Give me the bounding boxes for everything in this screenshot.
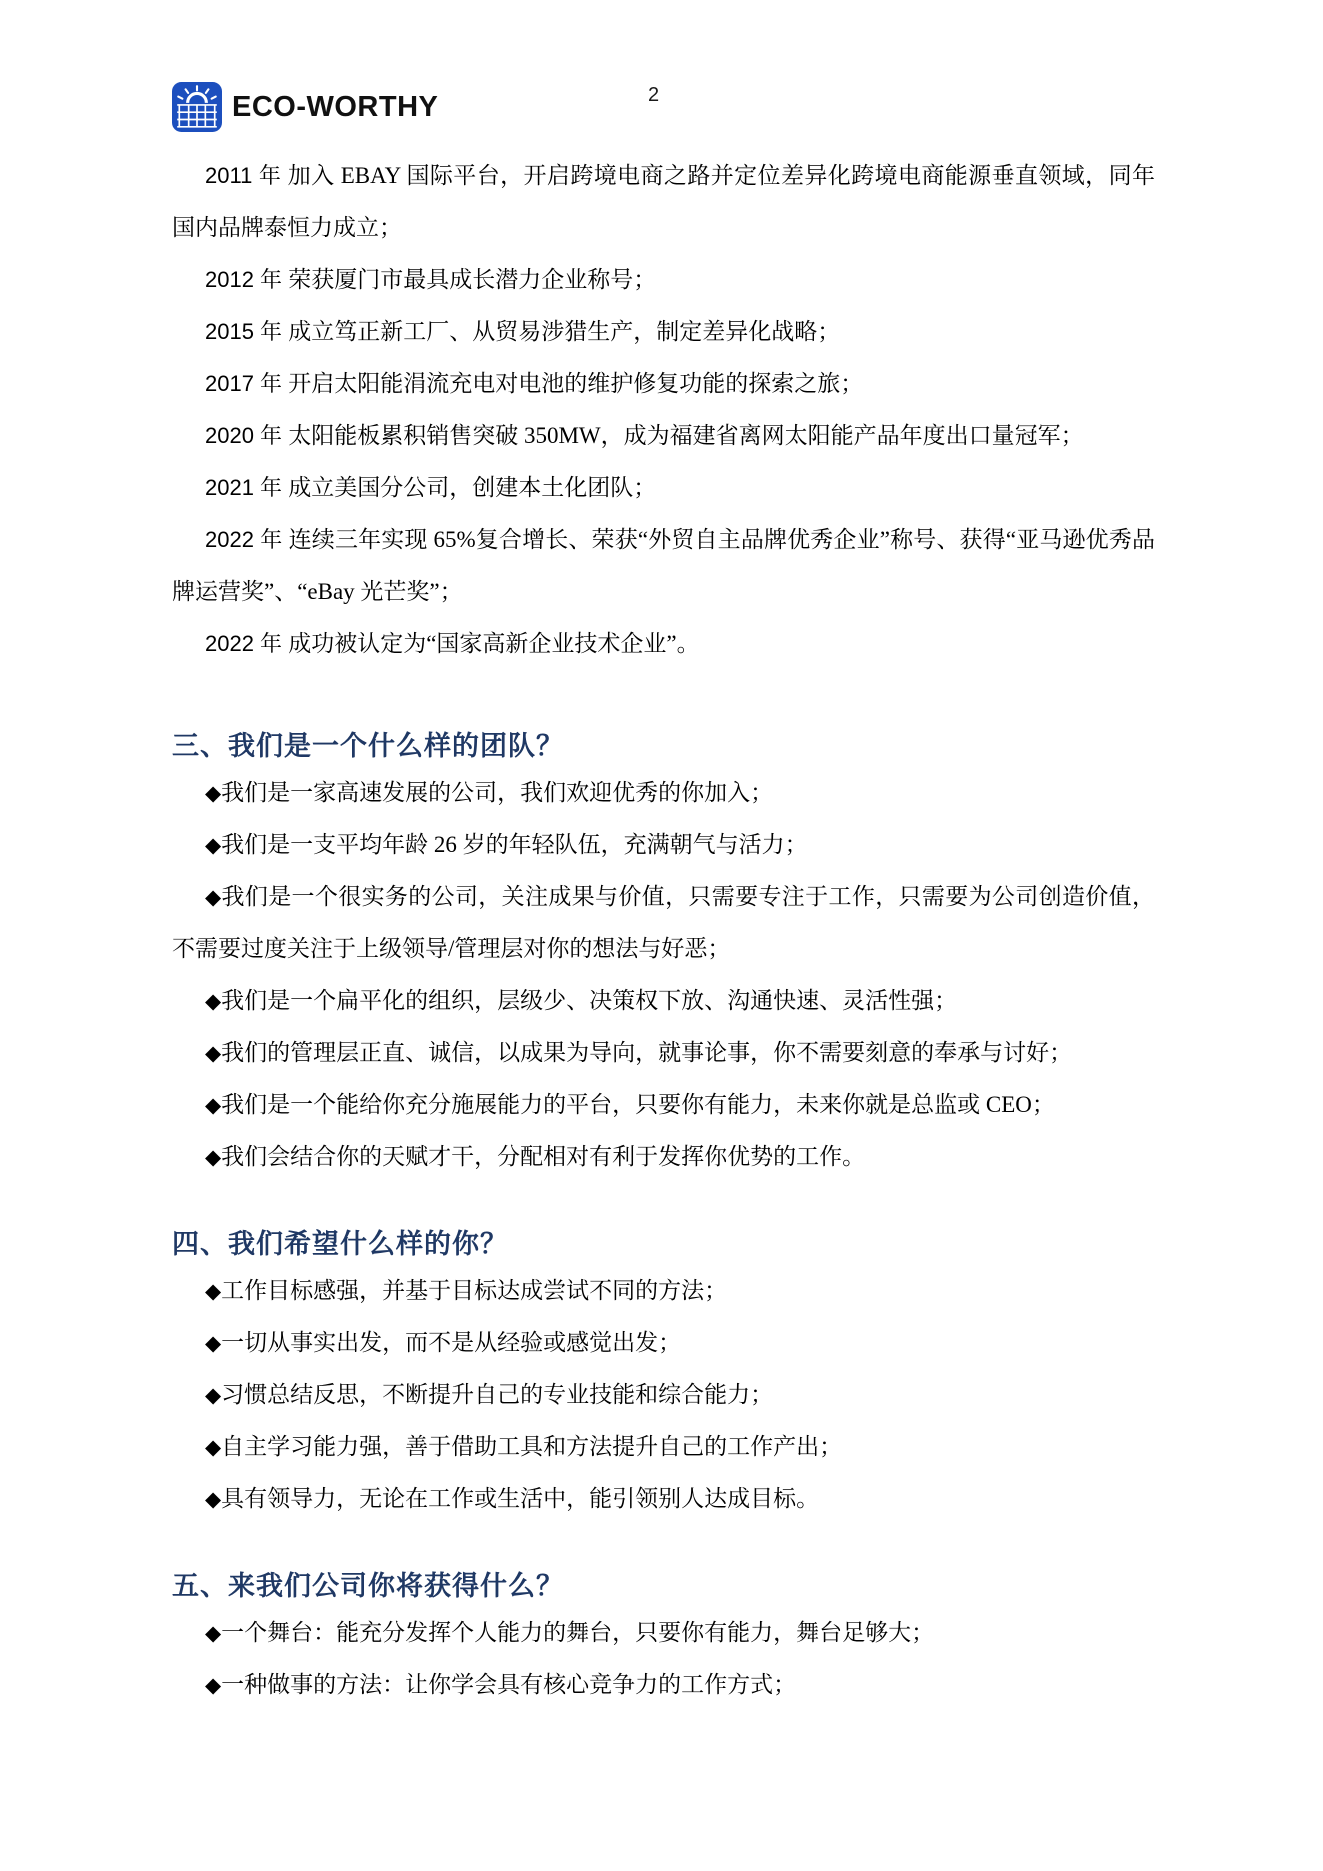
timeline-year: 2022 年 [205, 631, 288, 656]
timeline-year: 2017 年 [205, 371, 288, 396]
timeline-event: 太阳能板累积销售突破 350MW，成为福建省离网太阳能产品年度出口量冠军； [288, 423, 1083, 448]
bullet-text: 我们是一支平均年龄 26 岁的年轻队伍，充满朝气与活力； [221, 832, 808, 857]
section-heading-expectations: 四、我们希望什么样的你？ [172, 1223, 1155, 1265]
timeline-entry: 2012 年荣获厦门市最具成长潜力企业称号； [172, 254, 1155, 306]
timeline-event: 开启太阳能涓流充电对电池的维护修复功能的探索之旅； [288, 371, 863, 396]
document-body: 2011 年加入 EBAY 国际平台，开启跨境电商之路并定位差异化跨境电商能源垂… [172, 150, 1155, 1711]
bullet-diamond-icon: ◆ [205, 885, 222, 909]
timeline-entry: 2021 年成立美国分公司，创建本土化团队； [172, 462, 1155, 514]
timeline-event: 连续三年实现 65%复合增长、荣获“外贸自主品牌优秀企业”称号、获得“亚马逊优秀… [172, 527, 1155, 604]
timeline-entry: 2011 年加入 EBAY 国际平台，开启跨境电商之路并定位差异化跨境电商能源垂… [172, 150, 1155, 254]
brand-logo: ECO-WORTHY [172, 82, 1183, 132]
brand-name: ECO-WORTHY [232, 91, 438, 124]
bullet-diamond-icon: ◆ [205, 1383, 221, 1407]
bullet-text: 习惯总结反思，不断提升自己的专业技能和综合能力； [221, 1382, 773, 1407]
timeline-entry: 2022 年连续三年实现 65%复合增长、荣获“外贸自主品牌优秀企业”称号、获得… [172, 514, 1155, 618]
bullet-item: ◆习惯总结反思，不断提升自己的专业技能和综合能力； [172, 1369, 1155, 1421]
bullet-text: 我们是一家高速发展的公司，我们欢迎优秀的你加入； [221, 780, 773, 805]
bullet-item: ◆我们是一个能给你充分施展能力的平台，只要你有能力，未来你就是总监或 CEO； [172, 1079, 1155, 1131]
bullet-item: ◆我们是一家高速发展的公司，我们欢迎优秀的你加入； [172, 767, 1155, 819]
bullet-item: ◆具有领导力，无论在工作或生活中，能引领别人达成目标。 [172, 1473, 1155, 1525]
document-page: ECO-WORTHY 2 2011 年加入 EBAY 国际平台，开启跨境电商之路… [0, 0, 1323, 1871]
timeline-event: 加入 EBAY 国际平台，开启跨境电商之路并定位差异化跨境电商能源垂直领域，同年… [172, 163, 1155, 240]
bullet-text: 一种做事的方法：让你学会具有核心竞争力的工作方式； [221, 1672, 796, 1697]
bullet-diamond-icon: ◆ [205, 1041, 221, 1065]
bullet-item: ◆一切从事实出发，而不是从经验或感觉出发； [172, 1317, 1155, 1369]
bullet-text: 一个舞台：能充分发挥个人能力的舞台，只要你有能力，舞台足够大； [221, 1620, 934, 1645]
timeline-year: 2012 年 [205, 267, 288, 292]
timeline-entry: 2020 年太阳能板累积销售突破 350MW，成为福建省离网太阳能产品年度出口量… [172, 410, 1155, 462]
bullet-item: ◆我们的管理层正直、诚信，以成果为导向，就事论事，你不需要刻意的奉承与讨好； [172, 1027, 1155, 1079]
bullet-diamond-icon: ◆ [205, 1487, 221, 1511]
bullet-text: 我们会结合你的天赋才干，分配相对有利于发挥你优势的工作。 [221, 1144, 865, 1169]
bullet-diamond-icon: ◆ [205, 989, 221, 1013]
bullet-text: 我们是一个很实务的公司，关注成果与价值，只需要专注于工作，只需要为公司创造价值，… [172, 884, 1155, 961]
timeline-entry: 2022 年成功被认定为“国家高新企业技术企业”。 [172, 618, 1155, 670]
bullet-item: ◆我们会结合你的天赋才干，分配相对有利于发挥你优势的工作。 [172, 1131, 1155, 1183]
bullet-text: 我们是一个能给你充分施展能力的平台，只要你有能力，未来你就是总监或 CEO； [221, 1092, 1055, 1117]
timeline-entry: 2015 年成立笃正新工厂、从贸易涉猎生产，制定差异化战略； [172, 306, 1155, 358]
timeline-event: 成立美国分公司，创建本土化团队； [288, 475, 656, 500]
bullet-text: 自主学习能力强，善于借助工具和方法提升自己的工作产出； [221, 1434, 842, 1459]
timeline-year: 2011 年 [205, 163, 288, 188]
bullet-diamond-icon: ◆ [205, 1673, 221, 1697]
bullet-diamond-icon: ◆ [205, 1331, 221, 1355]
timeline-year: 2020 年 [205, 423, 288, 448]
timeline-event: 荣获厦门市最具成长潜力企业称号； [288, 267, 656, 292]
bullet-diamond-icon: ◆ [205, 1279, 221, 1303]
bullet-diamond-icon: ◆ [205, 833, 221, 857]
timeline-event: 成功被认定为“国家高新企业技术企业”。 [288, 631, 699, 656]
page-header: ECO-WORTHY 2 [172, 82, 1183, 138]
timeline-year: 2021 年 [205, 475, 288, 500]
timeline-entry: 2017 年开启太阳能涓流充电对电池的维护修复功能的探索之旅； [172, 358, 1155, 410]
bullet-diamond-icon: ◆ [205, 1621, 221, 1645]
bullet-diamond-icon: ◆ [205, 781, 221, 805]
bullet-item: ◆我们是一支平均年龄 26 岁的年轻队伍，充满朝气与活力； [172, 819, 1155, 871]
bullet-item: ◆一个舞台：能充分发挥个人能力的舞台，只要你有能力，舞台足够大； [172, 1607, 1155, 1659]
page-number: 2 [648, 84, 659, 107]
bullet-text: 工作目标感强，并基于目标达成尝试不同的方法； [221, 1278, 727, 1303]
solar-panel-sun-icon [172, 82, 222, 132]
bullet-text: 我们的管理层正直、诚信，以成果为导向，就事论事，你不需要刻意的奉承与讨好； [221, 1040, 1072, 1065]
bullet-diamond-icon: ◆ [205, 1145, 221, 1169]
bullet-item: ◆我们是一个很实务的公司，关注成果与价值，只需要专注于工作，只需要为公司创造价值… [172, 871, 1155, 975]
timeline-year: 2022 年 [205, 527, 289, 552]
bullet-diamond-icon: ◆ [205, 1093, 221, 1117]
section-heading-benefits: 五、来我们公司你将获得什么？ [172, 1565, 1155, 1607]
bullet-item: ◆我们是一个扁平化的组织，层级少、决策权下放、沟通快速、灵活性强； [172, 975, 1155, 1027]
bullet-item: ◆自主学习能力强，善于借助工具和方法提升自己的工作产出； [172, 1421, 1155, 1473]
bullet-text: 一切从事实出发，而不是从经验或感觉出发； [221, 1330, 681, 1355]
timeline-event: 成立笃正新工厂、从贸易涉猎生产，制定差异化战略； [288, 319, 840, 344]
bullet-diamond-icon: ◆ [205, 1435, 221, 1459]
bullet-item: ◆工作目标感强，并基于目标达成尝试不同的方法； [172, 1265, 1155, 1317]
bullet-text: 具有领导力，无论在工作或生活中，能引领别人达成目标。 [221, 1486, 819, 1511]
timeline-year: 2015 年 [205, 319, 288, 344]
bullet-text: 我们是一个扁平化的组织，层级少、决策权下放、沟通快速、灵活性强； [221, 988, 957, 1013]
section-heading-team: 三、我们是一个什么样的团队？ [172, 725, 1155, 767]
bullet-item: ◆一种做事的方法：让你学会具有核心竞争力的工作方式； [172, 1659, 1155, 1711]
